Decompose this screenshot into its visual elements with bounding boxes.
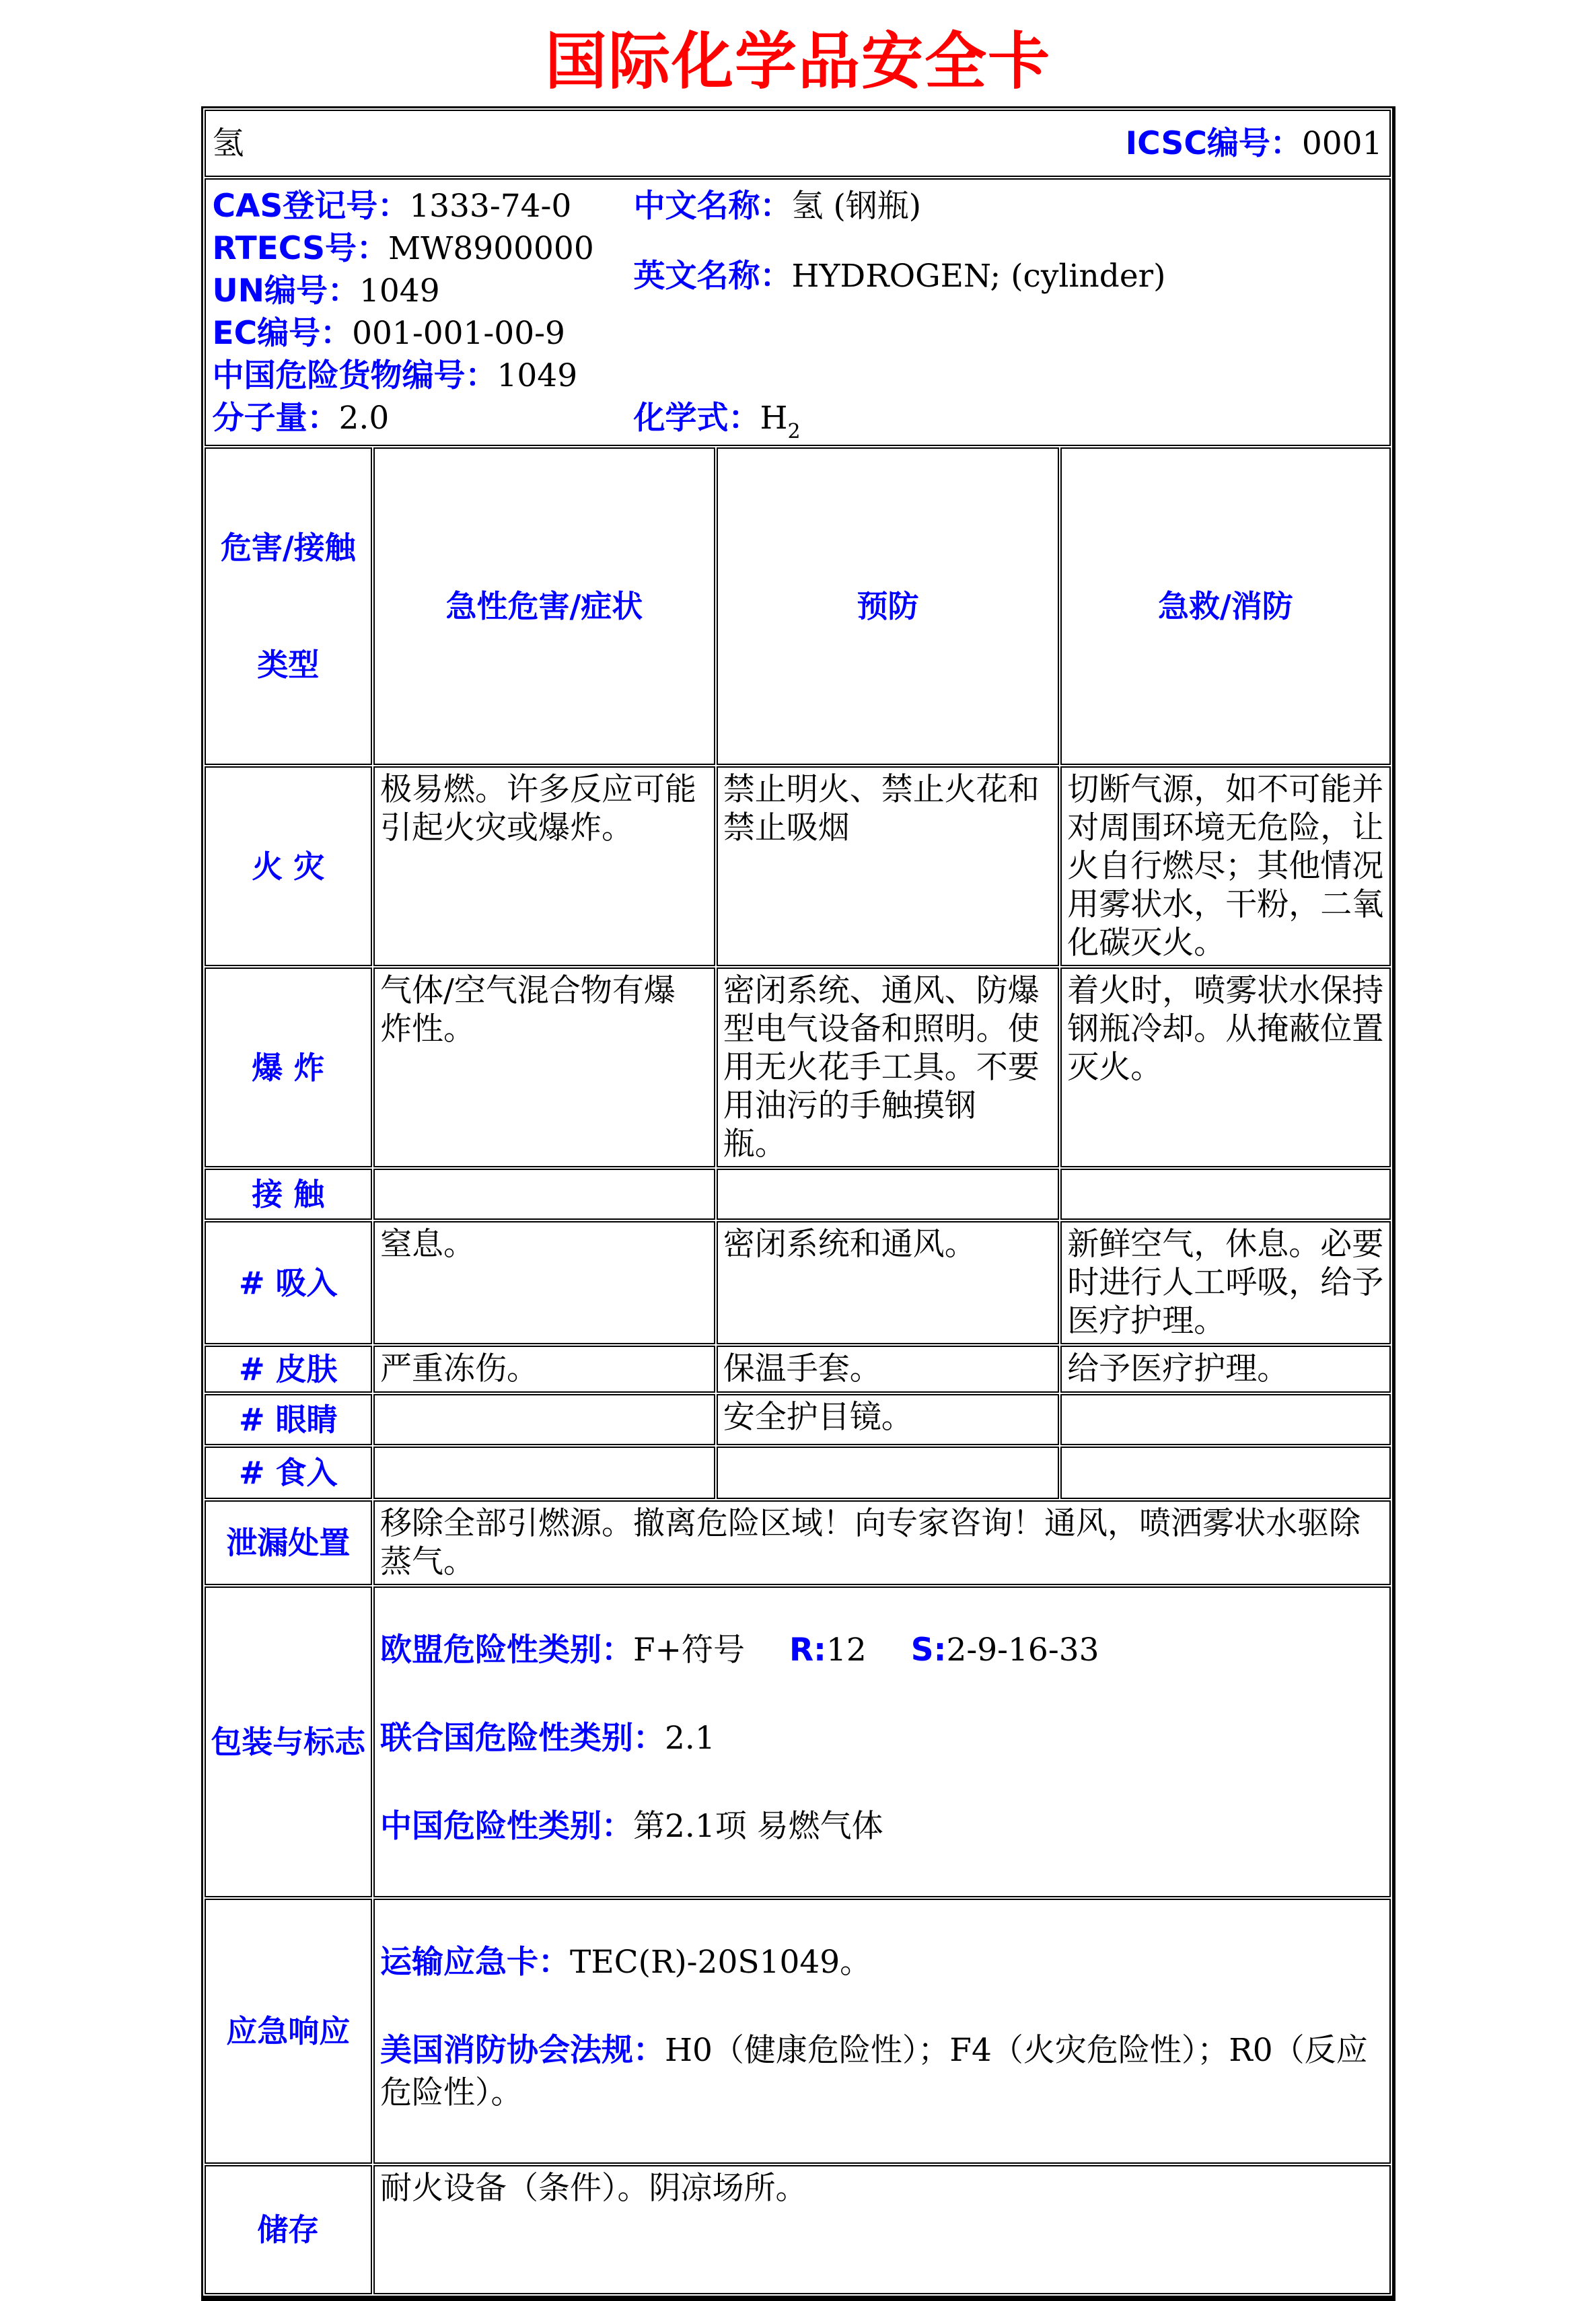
chinese-name-label: 中文名称： <box>634 188 792 225</box>
row-header-packaging: 包装与标志 <box>205 1586 372 1897</box>
transport-emergency-card-label: 运输应急卡： <box>380 1944 570 1981</box>
rtecs-value: MW8900000 <box>388 230 594 267</box>
english-name-label: 英文名称： <box>634 258 792 295</box>
contact-prevention-cell <box>717 1169 1060 1220</box>
substance-header-cell: 氢 ICSC编号：0001 <box>205 110 1391 177</box>
formula-subscript: 2 <box>788 420 801 443</box>
un-classification-label: 联合国危险性类别： <box>380 1720 665 1757</box>
contact-symptoms-cell <box>373 1169 715 1220</box>
chinese-name-value: 氢 (钢瓶) <box>792 188 922 225</box>
icsc-number-label: ICSC编号： <box>1126 125 1302 162</box>
row-header-contact: 接 触 <box>205 1169 372 1220</box>
s-phrases-label: S: <box>911 1632 947 1669</box>
inhalation-prevention-cell: 密闭系统和通风。 <box>717 1221 1060 1344</box>
col-header-hazard-type: 危害/接触 类型 <box>205 447 372 765</box>
molecular-weight-value: 2.0 <box>339 400 390 437</box>
row-header-skin: # 皮肤 <box>205 1346 372 1393</box>
rtecs-label: RTECS号： <box>213 230 388 267</box>
nfpa-code-label: 美国消防协会法规： <box>380 2032 665 2069</box>
cas-value: 1333-74-0 <box>409 188 571 225</box>
formula-line: 化学式：H2 <box>634 397 801 446</box>
eyes-prevention-cell: 安全护目镜。 <box>717 1394 1060 1445</box>
page: 国际化学品安全卡 氢 ICSC编号：0001 CAS登记号：1333-74-0 … <box>0 28 1596 2301</box>
icsc-card-table: 氢 ICSC编号：0001 CAS登记号：1333-74-0 RTECS号：MW… <box>201 106 1395 2301</box>
formula-label: 化学式： <box>634 400 760 437</box>
ingestion-response-cell <box>1060 1447 1390 1499</box>
formula-value: H2 <box>760 400 801 437</box>
row-header-spillage: 泄漏处置 <box>205 1500 372 1585</box>
contact-response-cell <box>1060 1169 1390 1220</box>
explosion-symptoms-cell: 气体/空气混合物有爆 炸性。 <box>373 967 715 1167</box>
row-header-ingestion: # 食入 <box>205 1447 372 1499</box>
fire-response-cell: 切断气源，如不可能并 对周围环境无危险，让 火自行燃尽；其他情况 用雾状水，干粉… <box>1060 766 1390 966</box>
transport-emergency-card-line: 运输应急卡：TEC(R)-20S1049。 <box>380 1941 1384 1983</box>
spillage-text-cell: 移除全部引燃源。撤离危险区域！向专家咨询！通风，喷洒雾状水驱除 蒸气。 <box>373 1500 1391 1585</box>
icsc-number-value: 0001 <box>1302 125 1383 162</box>
cas-label: CAS登记号： <box>213 188 410 225</box>
substance-name: 氢 <box>213 124 244 163</box>
ec-line: EC编号：001-001-00-9 <box>213 312 1383 355</box>
icsc-number: ICSC编号：0001 <box>1126 124 1383 163</box>
un-label: UN编号： <box>213 272 360 309</box>
eyes-response-cell <box>1060 1394 1390 1445</box>
fire-symptoms-cell: 极易燃。许多反应可能 引起火灾或爆炸。 <box>373 766 715 966</box>
row-header-emergency: 应急响应 <box>205 1899 372 2164</box>
explosion-response-cell: 着火时，喷雾状水保持 钢瓶冷却。从掩蔽位置 灭火。 <box>1060 967 1390 1167</box>
cn-dangerous-goods-label: 中国危险货物编号： <box>213 357 497 394</box>
r-phrases-value: 12 <box>826 1632 867 1669</box>
cn-dangerous-goods-value: 1049 <box>497 357 578 394</box>
un-value: 1049 <box>359 272 440 309</box>
explosion-prevention-cell: 密闭系统、通风、防爆 型电气设备和照明。使 用无火花手工具。不要 用油污的手触摸… <box>717 967 1060 1167</box>
s-phrases-value: 2-9-16-33 <box>946 1632 1099 1669</box>
identifiers-cell: CAS登记号：1333-74-0 RTECS号：MW8900000 UN编号：1… <box>205 178 1391 446</box>
ec-value: 001-001-00-9 <box>352 315 565 352</box>
row-header-inhalation: # 吸入 <box>205 1221 372 1344</box>
english-name-value: HYDROGEN; (cylinder) <box>792 258 1166 295</box>
transport-emergency-card-value: TEC(R)-20S1049。 <box>570 1944 871 1981</box>
ingestion-prevention-cell <box>717 1447 1060 1499</box>
inhalation-response-cell: 新鲜空气，休息。必要 时进行人工呼吸，给予 医疗护理。 <box>1060 1221 1390 1344</box>
row-header-fire: 火 灾 <box>205 766 372 966</box>
molecular-weight-label: 分子量： <box>213 400 339 437</box>
page-title: 国际化学品安全卡 <box>0 28 1596 96</box>
row-header-eyes: # 眼睛 <box>205 1394 372 1445</box>
col-header-first-aid: 急救/消防 <box>1060 447 1390 765</box>
eu-classification-value: F+符号 <box>633 1632 745 1669</box>
ec-label: EC编号： <box>213 315 353 352</box>
un-classification-line: 联合国危险性类别：2.1 <box>380 1717 1384 1759</box>
chinese-name-line: 中文名称：氢 (钢瓶) <box>634 185 922 227</box>
skin-symptoms-cell: 严重冻伤。 <box>373 1346 715 1393</box>
eu-classification-line: 欧盟危险性类别：F+符号R:12S:2-9-16-33 <box>380 1629 1384 1671</box>
skin-response-cell: 给予医疗护理。 <box>1060 1346 1390 1393</box>
packaging-cell: 欧盟危险性类别：F+符号R:12S:2-9-16-33 联合国危险性类别：2.1… <box>373 1586 1391 1897</box>
fire-prevention-cell: 禁止明火、禁止火花和 禁止吸烟 <box>717 766 1060 966</box>
row-header-explosion: 爆 炸 <box>205 967 372 1167</box>
col-header-acute-hazards: 急性危害/症状 <box>373 447 715 765</box>
eu-classification-label: 欧盟危险性类别： <box>380 1632 633 1669</box>
inhalation-symptoms-cell: 窒息。 <box>373 1221 715 1344</box>
eyes-symptoms-cell <box>373 1394 715 1445</box>
r-phrases-label: R: <box>789 1632 826 1669</box>
english-name-line: 英文名称：HYDROGEN; (cylinder) <box>634 255 1166 297</box>
cn-classification-label: 中国危险性类别： <box>380 1808 633 1845</box>
nfpa-code-line: 美国消防协会法规：H0（健康危险性）；F4（火灾危险性）；R0（反应 危险性）。 <box>380 2029 1384 2114</box>
row-header-storage: 储存 <box>205 2165 372 2294</box>
cn-dangerous-goods-line: 中国危险货物编号：1049 <box>213 355 1383 397</box>
cn-classification-line: 中国危险性类别：第2.1项 易燃气体 <box>380 1805 1384 1848</box>
emergency-cell: 运输应急卡：TEC(R)-20S1049。 美国消防协会法规：H0（健康危险性）… <box>373 1899 1391 2164</box>
un-classification-value: 2.1 <box>665 1720 715 1757</box>
storage-text-cell: 耐火设备（条件）。阴凉场所。 <box>373 2165 1391 2294</box>
col-header-prevention: 预防 <box>717 447 1060 765</box>
cn-classification-value: 第2.1项 易燃气体 <box>633 1808 883 1845</box>
ingestion-symptoms-cell <box>373 1447 715 1499</box>
skin-prevention-cell: 保温手套。 <box>717 1346 1060 1393</box>
